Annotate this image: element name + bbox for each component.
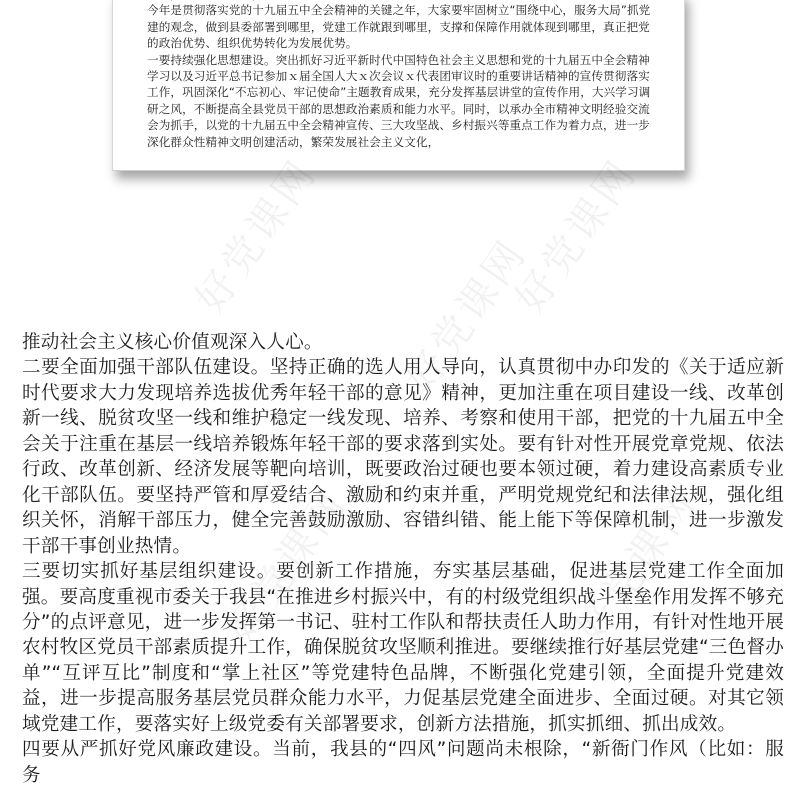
page-preview-card: 第二，抓住关键环节，推动工作再上新台阶 今年是贯彻落实党的十九届五中全会精神的关… [112, 0, 685, 171]
preview-paragraph: 一要持续强化思想建设。突出抓好习近平新时代中国特色社会主义思想和党的十九届五中全… [147, 52, 657, 150]
paragraph-party-conduct: 四要从严抓好党风廉政建设。当前，我县的“四风”问题尚未根除，“新衙门作风（比如：… [22, 737, 784, 788]
paragraph-cadre-team: 二要全面加强干部队伍建设。坚持正确的选人用人导向，认真贯彻中办印发的《关于适应新… [22, 355, 784, 559]
paragraph-grassroots-org: 三要切实抓好基层组织建设。要创新工作措施，夯实基层基础，促进基层党建工作全面加强… [22, 559, 784, 737]
preview-text: 第二，抓住关键环节，推动工作再上新台阶 今年是贯彻落实党的十九届五中全会精神的关… [147, 0, 657, 150]
watermark: 好党课网 [500, 146, 648, 323]
watermark: 好党课网 [180, 146, 328, 323]
document-body: 推动社会主义核心价值观深入人心。 二要全面加强干部队伍建设。坚持正确的选人用人导… [22, 330, 784, 788]
preview-paragraph: 今年是贯彻落实党的十九届五中全会精神的关键之年，大家要牢固树立“围绕中心，服务大… [147, 2, 657, 51]
paragraph-continuation: 推动社会主义核心价值观深入人心。 [22, 330, 784, 355]
